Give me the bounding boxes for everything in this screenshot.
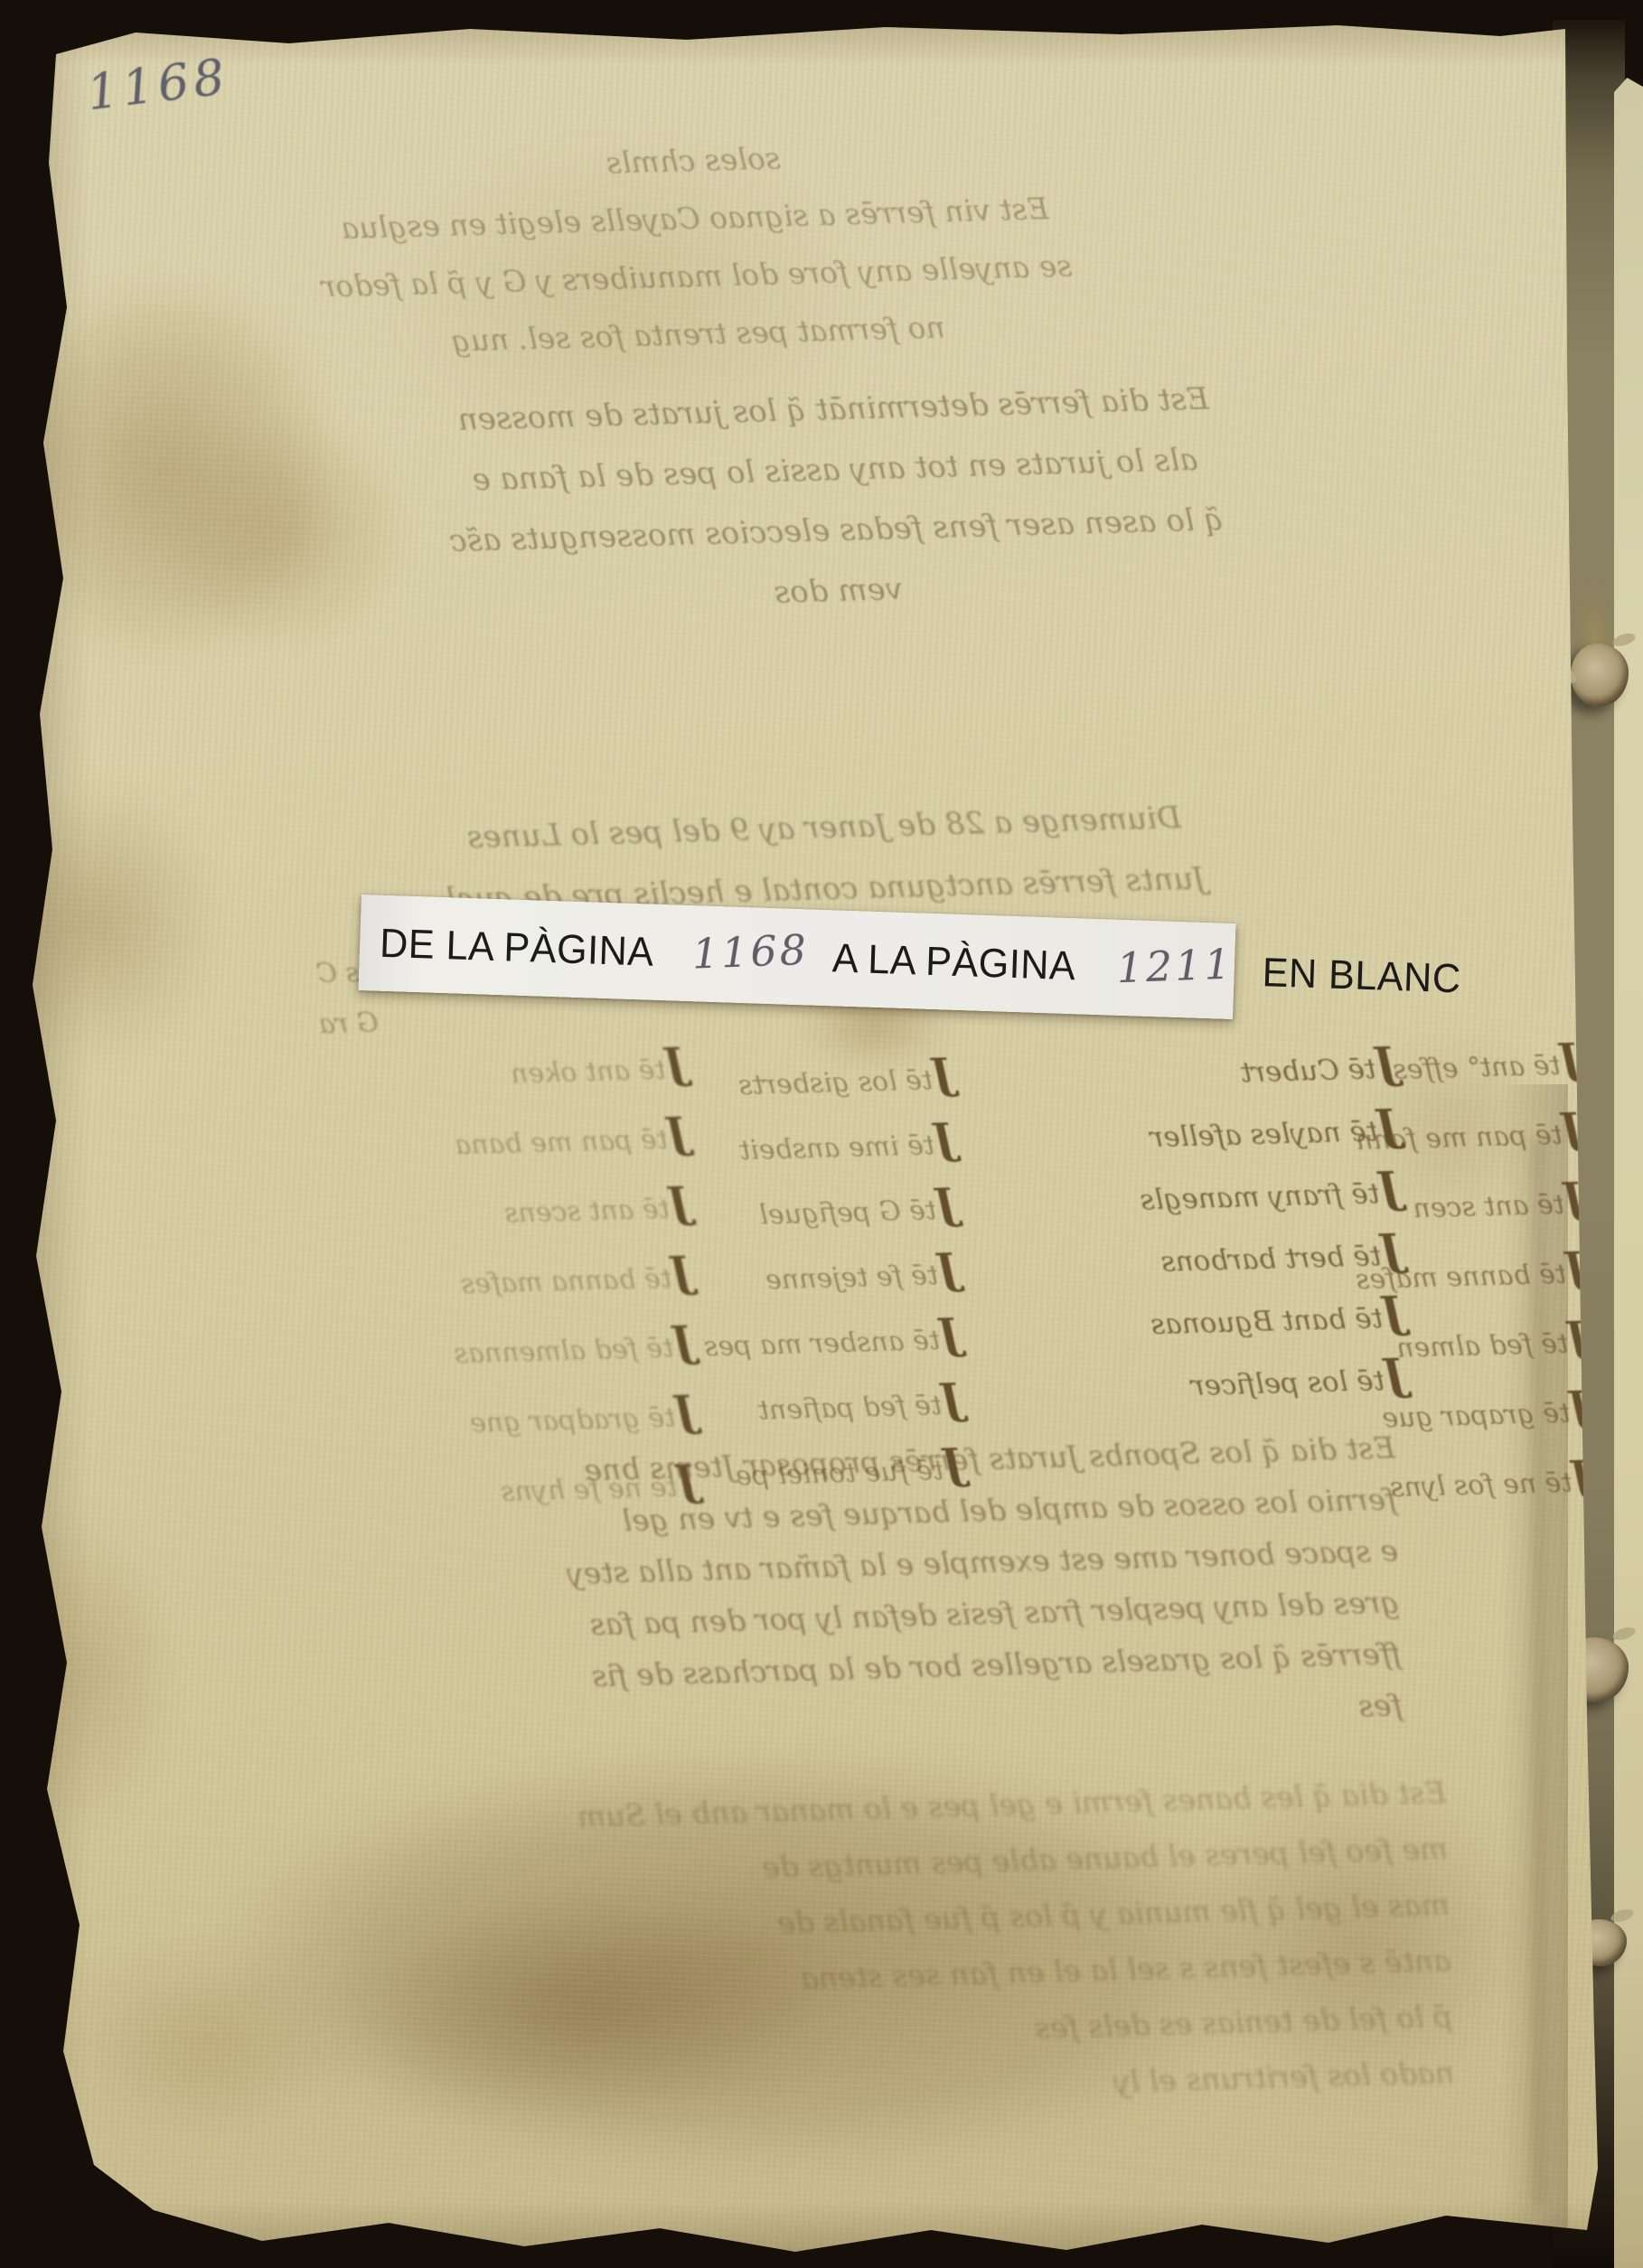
bleedthrough-paragraph: Est dia q̃ los Sponbs Jurats ferrēs prop… <box>183 1421 1403 1764</box>
bleedthrough-name-column-3: Jtē CubertJtē nayles afellerJtē frany ma… <box>971 1036 1405 1421</box>
bleedthrough-name-entry: Jtē G pefiguel <box>530 1174 957 1251</box>
bleedthrough-line: q̃ lo asen aser fens fedas eleccios moss… <box>271 485 1402 577</box>
bleedthrough-name-entry: Jtē ne fe hyns <box>172 1449 698 1533</box>
bleedthrough-name-entry: Jtē fed almennas <box>168 1310 694 1394</box>
bleedthrough-block-second: Est dia ferrēs determināt q̃ los jurats … <box>268 364 1404 638</box>
paper-texture <box>0 0 1643 2268</box>
bleedthrough-line: Diumenge a 28 de Janer ay 9 del pes lo L… <box>240 781 1407 875</box>
bleedthrough-line: p̃ lo fel de tenias es dels fes <box>214 1989 1453 2079</box>
bleedthrough-fragment-left: ns CG ra <box>150 948 379 1055</box>
bleedthrough-block-top: soles chmlsEst vin ferrēs a signao Cayel… <box>296 121 1097 374</box>
page-edge-shadow <box>0 2201 1643 2255</box>
bleedthrough-name-entry: Jtē fue toniel pe <box>538 1434 964 1511</box>
bleedthrough-name-entry: Jtē ime ansbeit <box>529 1110 955 1186</box>
paper-stain <box>334 99 913 497</box>
bleedthrough-line: vem dos <box>273 546 1404 638</box>
bleedthrough-name-entry: Jtē Cubert <box>971 1036 1397 1110</box>
bleedthrough-line: fernio los ossos de ample del barque fes… <box>185 1473 1397 1558</box>
bleedthrough-line: G ra <box>152 998 379 1055</box>
bleedthrough-line: Est vin ferrēs a signao Cayells elegit e… <box>296 179 1093 259</box>
bleedthrough-name-column-2: Jtē los gisbertsJtē ime ansbeitJtē G pef… <box>527 1045 964 1512</box>
bleedthrough-name-entry: Jtē frany manegls <box>974 1159 1401 1233</box>
manuscript-scan: 1168 soles chmlsEst vin ferrēs a signao … <box>0 0 1643 2268</box>
bleedthrough-line: me feo fel peres el baune able pes muntg… <box>210 1821 1449 1911</box>
page-crease <box>1526 1139 1553 2205</box>
bleedthrough-name-entry: Jtē ant oken <box>161 1032 687 1116</box>
paper-stain <box>108 380 452 687</box>
paper-stain <box>0 741 262 1102</box>
label-from-page-number: 1168 <box>691 925 810 979</box>
bleedthrough-name-entry: Jtē fed pafient <box>536 1369 962 1446</box>
bleedthrough-line: als lo jurats en tot any assis lo pes de… <box>269 425 1400 517</box>
bleedthrough-line: mas el gel q̃ fle munia y p̃ los p̃ fue … <box>211 1877 1451 1967</box>
bleedthrough-line: Est dia q̃ los Sponbs Jurats ferrēs prop… <box>183 1421 1395 1506</box>
bleedthrough-line: antē s efest fens s sel la el en fan ses… <box>212 1933 1451 2023</box>
label-text-suffix: EN BLANC <box>1262 949 1462 1002</box>
bleedthrough-line: soles chmls <box>296 121 1092 201</box>
bleedthrough-line: nado los feritruns el ly <box>216 2045 1455 2135</box>
bleedthrough-line: e space boner ame est exemple e la fam̃a… <box>187 1524 1399 1609</box>
bleedthrough-block-bottom: Est dia q̃ les banes fermi e gel pes e l… <box>208 1765 1455 2135</box>
bleedthrough-line: fes <box>191 1679 1403 1764</box>
bleedthrough-line: Est dia ferrēs determināt q̃ los jurats … <box>268 364 1399 456</box>
archivist-label: DE LA PÀGINA 1168 A LA PÀGINA 1211 EN BL… <box>358 895 1235 1019</box>
bleedthrough-line: fferrēs q̃ los grasels argelles bor de l… <box>190 1627 1402 1712</box>
paper-stain <box>0 1464 208 1879</box>
label-text-middle: A LA PÀGINA <box>831 934 1076 989</box>
bleedthrough-name-entry: Jtē bant Bguonas <box>978 1284 1404 1358</box>
bleedthrough-name-entry: Jtē bert barbons <box>976 1222 1403 1296</box>
label-to-page-number: 1211 <box>1116 940 1235 993</box>
bleedthrough-line: se anyelle any fore dol manuibers y G y … <box>298 237 1094 317</box>
bleedthrough-line: Est dia q̃ les banes fermi e gel pes e l… <box>208 1765 1447 1855</box>
bleedthrough-name-entry: Jtē gradpar gne <box>170 1380 696 1464</box>
bleedthrough-line: ns C <box>150 948 377 1005</box>
bleedthrough-name-entry: Jtē banna mafes <box>166 1241 692 1325</box>
bleedthrough-name-entry: Jtē nayles afeller <box>972 1097 1399 1171</box>
page-edge-shadow <box>27 0 90 2268</box>
label-text-prefix: DE LA PÀGINA <box>379 920 654 976</box>
bleedthrough-name-entry: Jtē los pelficer <box>980 1346 1406 1420</box>
manuscript-page: 1168 soles chmlsEst vin ferrēs a signao … <box>0 0 1643 2268</box>
bleedthrough-name-entry: Jtē ant scens <box>164 1171 690 1255</box>
bleedthrough-name-entry: Jtē pan me bana <box>163 1101 689 1186</box>
bleedthrough-name-entry: Jtē fe tejenne <box>532 1239 959 1316</box>
bleedthrough-name-entry: Jtē los gisberts <box>527 1045 953 1121</box>
paper-stain <box>99 1708 1401 2214</box>
bleedthrough-name-entry: Jtē ansber ma pes <box>534 1304 961 1381</box>
bleedthrough-name-column-1: Jtē ant okenJtē pan me banaJtē ant scens… <box>161 1032 699 1533</box>
bleedthrough-line: no fermat pes trenta fos sel. nug <box>300 295 1096 375</box>
paper-stain <box>262 1861 913 2151</box>
bleedthrough-line: gres del any pespler fras fesis defan ly… <box>188 1576 1400 1661</box>
page-edge-shadow <box>0 23 1643 65</box>
